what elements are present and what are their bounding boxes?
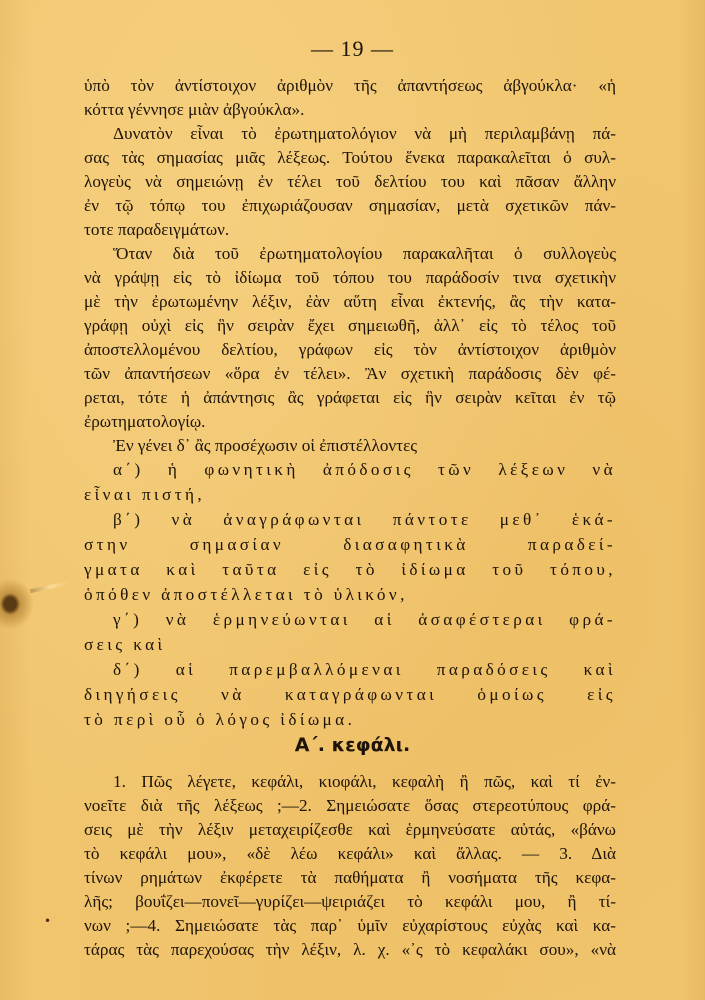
- page-number: — 19 —: [0, 36, 705, 62]
- paper-crease: [30, 581, 70, 593]
- section-text-line: 1. Πῶς λέγετε, κεφάλι, κιοφάλι, κεφαλὴ ἢ…: [113, 770, 616, 794]
- text-line: νὰ γράψῃ εἰς τὸ ἰδίωμα τοῦ τόπου του παρ…: [84, 266, 616, 290]
- text-line: Δυνατὸν εἶναι τὸ ἐρωτηματολόγιον νὰ μὴ π…: [113, 122, 616, 146]
- list-item-gamma-line: γ΄) νὰ ἑρμηνεύωνται αἱ ἀσαφέστεραι φρά-: [113, 608, 616, 632]
- section-text-line: τίνων ρημάτων ἐκφέρετε τὰ παθήματα ἢ νοσ…: [84, 866, 616, 890]
- section-text-line: λῆς; βουΐζει—πονεῖ—γυρίζει—ψειριάζει τὸ …: [84, 890, 616, 914]
- text-line: ἀποστελλομένου δελτίου, γράφων εἰς τὸν ἀ…: [84, 338, 616, 362]
- list-item-gamma-line: σεις καὶ: [84, 633, 616, 657]
- section-text-line: τὸ κεφάλι μου», «δὲ λέω κεφάλι» καὶ ἄλλα…: [84, 842, 616, 866]
- text-line: λογεὺς νὰ σημειώνῃ ἐν τέλει τοῦ δελτίου …: [84, 170, 616, 194]
- list-item-delta-line: διηγήσεις νὰ καταγράφωνται ὁμοίως εἰς: [84, 683, 616, 707]
- text-line: ἐν τῷ τόπῳ του ἐπιχωριάζουσαν σημασίαν, …: [84, 194, 616, 218]
- text-line: ρεται, τότε ἡ ἀπάντησις ἂς γράφεται εἰς …: [84, 386, 616, 410]
- list-item-beta-line: ὁπόθεν ἀποστέλλεται τὸ ὑλικόν,: [84, 583, 616, 607]
- list-item-delta-line: τὸ περὶ οὗ ὁ λόγος ἰδίωμα.: [84, 708, 616, 732]
- text-line: μὲ τὴν ἐρωτωμένην λέξιν, ἐὰν αὕτη εἶναι …: [84, 290, 616, 314]
- text-line: ὑπὸ τὸν ἀντίστοιχον ἀριθμὸν τῆς ἀπαντήσε…: [84, 74, 616, 98]
- text-line: σας τὰς σημασίας μιᾶς λέξεως. Τούτου ἕνε…: [84, 146, 616, 170]
- list-item-beta-line: β΄) νὰ ἀναγράφωνται πάντοτε μεθ᾽ ἑκά-: [113, 508, 616, 532]
- text-line: τῶν ἀπαντήσεων «ὅρα ἐν τέλει». Ἂν σχετικ…: [84, 362, 616, 386]
- list-item-beta-line: στην σημασίαν διασαφητικὰ παραδεί-: [84, 533, 616, 557]
- text-line: Ἐν γένει δ᾽ ἂς προσέχωσιν οἱ ἐπιστέλλοντ…: [113, 434, 616, 458]
- scanned-book-page: — 19 — ὑπὸ τὸν ἀντίστοιχον ἀριθμὸν τῆς ἀ…: [0, 0, 705, 1000]
- text-line: ἐρωτηματολογίῳ.: [84, 410, 616, 434]
- list-item-alpha-line: α΄) ἡ φωνητικὴ ἀπόδοσις τῶν λέξεων νὰ: [113, 458, 616, 482]
- section-text-line: νων ;—4. Σημειώσατε τὰς παρ᾽ ὑμῖν εὐχαρί…: [84, 914, 616, 938]
- list-item-beta-line: γματα καὶ ταῦτα εἰς τὸ ἰδίωμα τοῦ τόπου,: [84, 558, 616, 582]
- section-text-line: νοεῖτε διὰ τῆς λέξεως ;—2. Σημειώσατε ὅσ…: [84, 794, 616, 818]
- section-heading: Α΄. κεφάλι.: [0, 734, 705, 756]
- section-text-line: τάρας τὰς παρεχούσας τὴν λέξιν, λ. χ. «᾽…: [84, 938, 616, 962]
- list-item-alpha-line: εἶναι πιστή,: [84, 483, 616, 507]
- paper-tear-damage: [0, 578, 34, 630]
- text-line: Ὅταν διὰ τοῦ ἐρωτηματολογίου παρακαλῆται…: [113, 242, 616, 266]
- text-line: τοτε παραδειγμάτων.: [84, 218, 616, 242]
- text-line: κόττα γέννησε μιὰν ἀβγούκλα».: [84, 98, 616, 122]
- section-text-line: σεις μὲ τὴν λέξιν μεταχειρίζεσθε καὶ ἑρμ…: [84, 818, 616, 842]
- text-line: γράφῃ οὐχὶ εἰς ἣν σειρὰν ἔχει σημειωθῆ, …: [84, 314, 616, 338]
- margin-ink-mark: •: [44, 914, 51, 928]
- list-item-delta-line: δ΄) αἱ παρεμβαλλόμεναι παραδόσεις καὶ: [113, 658, 616, 682]
